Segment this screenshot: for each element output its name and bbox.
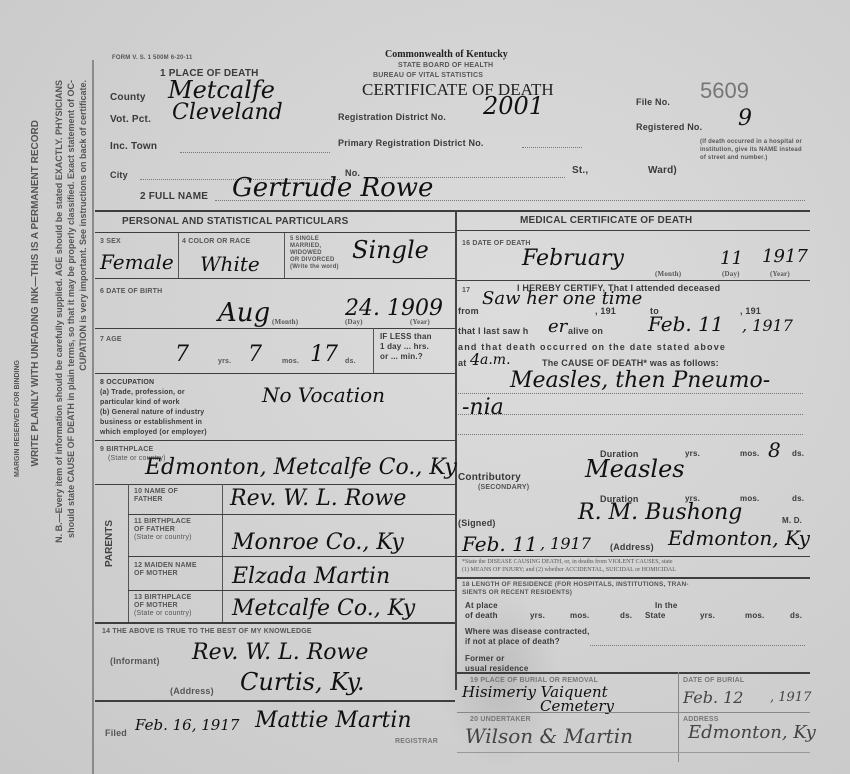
- occupation-b-label: (b) General nature of industry: [100, 408, 207, 418]
- state-ds: ds.: [790, 611, 802, 620]
- write-plainly-text: WRITE PLAINLY WITH UNFADING INK—THIS IS …: [30, 120, 41, 467]
- rule: [128, 556, 455, 557]
- age-mos-caption: mos.: [282, 358, 299, 365]
- center-divider: [455, 210, 457, 690]
- dob-day-caption: (Day): [345, 318, 363, 326]
- dob-label: 6 DATE OF BIRTH: [100, 288, 162, 295]
- last-saw-her: er: [548, 316, 567, 337]
- burial-date-year: , 1917: [770, 690, 811, 705]
- date-of-death-day: 11: [720, 248, 743, 269]
- father-name-label: 10 NAME OF FATHER: [134, 488, 178, 504]
- footnote-line: (1) MEANS OF INJURY; and (2) whether ACC…: [462, 566, 676, 574]
- mother-birthplace-label-line: 13 BIRTHPLACE: [134, 594, 192, 602]
- state-yrs: yrs.: [700, 611, 715, 620]
- dod-year-caption: (Year): [770, 270, 790, 278]
- city-label: City: [110, 170, 128, 180]
- rule: [128, 514, 455, 515]
- death-certificate: MARGIN RESERVED FOR BINDING WRITE PLAINL…: [0, 0, 850, 774]
- less-than-one-day: IF LESS than 1 day ... hrs. or ... min.?: [380, 332, 432, 362]
- race-value: White: [200, 252, 260, 276]
- rule: [284, 233, 285, 278]
- date-of-death-label: 16 DATE OF DEATH: [462, 240, 531, 247]
- race-label: 4 COLOR OR RACE: [182, 238, 250, 245]
- inc-town-label: Inc. Town: [110, 141, 157, 152]
- occupation-label: 8 OCCUPATION: [100, 378, 207, 388]
- father-name-label-line: FATHER: [134, 496, 178, 504]
- rule: [95, 700, 455, 702]
- date-of-death-year: 1917: [762, 246, 808, 267]
- undertaker-value: Wilson & Martin: [465, 724, 633, 748]
- registrar-caption: REGISTRAR: [395, 738, 438, 745]
- in-the-line: In the: [645, 601, 678, 611]
- signed-label: (Signed): [458, 518, 496, 528]
- contributory-value: Measles: [585, 455, 685, 483]
- dod-day-caption: (Day): [722, 270, 740, 278]
- undertaker-label: 20 UNDERTAKER: [470, 716, 531, 723]
- rule: [95, 328, 455, 329]
- mother-name-label-line: 12 MAIDEN NAME: [134, 562, 197, 570]
- father-birthplace-label-line: 11 BIRTHPLACE: [134, 518, 192, 526]
- residence-label-line: 18 LENGTH OF RESIDENCE (FOR HOSPITALS, I…: [462, 581, 689, 589]
- registration-district-value: 2001: [483, 92, 544, 120]
- rule: [457, 672, 810, 674]
- less-than-line: 1 day ... hrs.: [380, 342, 432, 352]
- registered-no-value: 9: [738, 106, 752, 131]
- signed-year: , 1917: [540, 534, 591, 553]
- medical-heading: MEDICAL CERTIFICATE OF DEATH: [520, 215, 692, 226]
- form-number: FORM V. S. 1 500M 6-20-11: [112, 55, 192, 61]
- duration-mos: mos.: [740, 449, 759, 458]
- alive-on-label: alive on: [568, 326, 603, 336]
- footnote: *State the DISEASE CAUSING DEATH, or, in…: [462, 558, 676, 574]
- filed-value: Feb. 16, 1917: [135, 716, 239, 734]
- less-than-line: IF LESS than: [380, 332, 432, 342]
- informant-address-label: (Address): [170, 686, 214, 696]
- mother-birthplace-label: 13 BIRTHPLACE OF MOTHER (State or countr…: [134, 594, 192, 618]
- birthplace-value: Edmonton, Metcalfe Co., Ky: [145, 455, 457, 480]
- rule: [95, 484, 455, 485]
- rule: [458, 414, 803, 415]
- dod-month-caption: (Month): [655, 270, 681, 278]
- mother-birthplace-caption: (State or country): [134, 610, 192, 618]
- time-suffix: a.m.: [480, 352, 511, 368]
- from-year: , 191: [595, 306, 616, 316]
- bureau-vital-statistics: BUREAU OF VITAL STATISTICS: [373, 72, 483, 79]
- dob-month-caption: (Month): [272, 318, 298, 326]
- father-birthplace-label-line: OF FATHER: [134, 526, 192, 534]
- board-of-health: STATE BOARD OF HEALTH: [398, 62, 493, 69]
- residence-label: 18 LENGTH OF RESIDENCE (FOR HOSPITALS, I…: [462, 581, 689, 597]
- section-divider: [95, 210, 810, 212]
- occupation-a-label: (a) Trade, profession, or: [100, 388, 207, 398]
- mother-name-label: 12 MAIDEN NAME OF MOTHER: [134, 562, 197, 578]
- registered-no-label: Registered No.: [636, 122, 702, 132]
- duration-yrs: yrs.: [685, 449, 700, 458]
- birthplace-label: 9 BIRTHPLACE: [100, 446, 153, 453]
- age-days: 17: [310, 342, 338, 367]
- full-name-line: [215, 200, 805, 201]
- physician-signature: R. M. Bushong: [578, 500, 742, 525]
- physician-address-value: Edmonton, Ky: [668, 526, 810, 550]
- age-years: 7: [175, 342, 189, 367]
- age-ds-caption: ds.: [345, 358, 356, 365]
- rule: [457, 577, 810, 579]
- rule: [458, 434, 803, 435]
- rule: [128, 590, 455, 591]
- vot-pct-label: Vot. Pct.: [110, 114, 151, 125]
- informant-value: Rev. W. L. Rowe: [192, 640, 368, 665]
- full-name-label: 2 FULL NAME: [140, 191, 208, 202]
- dob-month: Aug: [218, 298, 270, 328]
- rule: [678, 672, 679, 762]
- county-label: County: [110, 92, 146, 103]
- in-the-line: State: [645, 611, 678, 621]
- rule: [178, 233, 179, 278]
- last-saw-year: , 1917: [742, 316, 793, 335]
- place-mos: mos.: [570, 611, 589, 620]
- duration-2-ds: ds.: [792, 494, 804, 503]
- commonwealth-title: Commonwealth of Kentucky: [385, 49, 508, 60]
- vot-pct-value: Cleveland: [172, 100, 283, 125]
- mother-name-value: Elzada Martin: [232, 564, 390, 589]
- margin-note-line-1: N. B.—Every item of information should b…: [54, 80, 64, 543]
- hospital-note: (If death occurred in a hospital or inst…: [700, 138, 805, 162]
- disease-contracted-label: Where was disease contracted, if not at …: [465, 627, 590, 647]
- rule: [222, 484, 223, 622]
- sex-label: 3 SEX: [100, 238, 121, 245]
- time-of-death: 4: [470, 350, 480, 369]
- occupation-a-label: particular kind of work: [100, 398, 207, 408]
- less-than-line: or ... min.?: [380, 352, 432, 362]
- age-months: 7: [248, 342, 262, 367]
- informant-address-value: Curtis, Ky.: [240, 668, 365, 696]
- mother-birthplace-value: Metcalfe Co., Ky: [232, 596, 415, 621]
- parents-label: PARENTS: [104, 520, 115, 567]
- footnote-line: *State the DISEASE CAUSING DEATH, or, in…: [462, 558, 676, 566]
- at-place-line: At place: [465, 601, 498, 611]
- former-residence-label: Former or usual residence: [465, 654, 528, 674]
- rule: [457, 280, 810, 281]
- inc-town-line: [180, 152, 330, 153]
- item-17-number: 17: [462, 287, 470, 294]
- mother-birthplace-label-line: OF MOTHER: [134, 602, 192, 610]
- marital-label-line: OR DIVORCED: [290, 257, 339, 264]
- marital-value: Single: [352, 236, 429, 264]
- rule: [457, 230, 810, 231]
- father-birthplace-label: 11 BIRTHPLACE OF FATHER (State or countr…: [134, 518, 192, 542]
- signed-date: Feb. 11: [462, 532, 538, 556]
- file-no-value: 5609: [700, 78, 749, 104]
- rule: [95, 440, 455, 441]
- rule: [458, 393, 803, 394]
- occupation-b-label: which employed (or employer): [100, 428, 207, 438]
- former-line: Former or: [465, 654, 528, 664]
- cause-of-death-line-2: -nia: [462, 395, 504, 420]
- registration-district-label: Registration District No.: [338, 112, 446, 122]
- in-the-state-label: In the State: [645, 601, 678, 621]
- marital-label-line: WIDOWED: [290, 250, 339, 257]
- cause-of-death-label: The CAUSE OF DEATH* was as follows:: [542, 358, 719, 368]
- last-saw-label: that I last saw h: [458, 326, 528, 336]
- rule: [590, 645, 805, 646]
- date-of-death-month: February: [522, 246, 624, 271]
- marital-label: 5 SINGLE MARRIED, WIDOWED OR DIVORCED (W…: [290, 236, 339, 271]
- death-occurred-text: and that death occurred on the date stat…: [458, 342, 726, 352]
- last-saw-date: Feb. 11: [648, 312, 724, 336]
- physician-address-label: (Address): [610, 542, 654, 552]
- informant-label: (Informant): [110, 656, 160, 666]
- true-statement: 14 THE ABOVE IS TRUE TO THE BEST OF MY K…: [102, 628, 312, 635]
- mother-name-label-line: OF MOTHER: [134, 570, 197, 578]
- file-no-label: File No.: [636, 97, 670, 107]
- marital-label-line: 5 SINGLE: [290, 236, 339, 243]
- rule: [457, 556, 810, 557]
- md-label: M. D.: [782, 516, 802, 525]
- burial-date-label: DATE OF BURIAL: [683, 677, 744, 684]
- marital-label-line: (Write the word): [290, 264, 339, 271]
- attended-from-label: from: [458, 306, 479, 316]
- attended-from-value: Saw her one time: [482, 288, 642, 309]
- binding-margin: MARGIN RESERVED FOR BINDING WRITE PLAINL…: [0, 30, 92, 774]
- duration-2-mos: mos.: [740, 494, 759, 503]
- contributory-caption: (SECONDARY): [478, 484, 529, 491]
- personal-heading: PERSONAL AND STATISTICAL PARTICULARS: [122, 216, 348, 227]
- marital-label-line: MARRIED,: [290, 243, 339, 250]
- father-birthplace-value: Monroe Co., Ky: [232, 530, 404, 555]
- contracted-line: Where was disease contracted,: [465, 627, 590, 637]
- cause-of-death-line-1: Measles, then Pneumo-: [510, 368, 770, 393]
- margin-note-line-2: should state CAUSE OF DEATH in plain ter…: [66, 80, 76, 538]
- age-label: 7 AGE: [100, 336, 122, 343]
- registrar-value: Mattie Martin: [255, 708, 412, 733]
- father-name-label-line: 10 NAME OF: [134, 488, 178, 496]
- rule: [95, 232, 455, 233]
- dob-year-caption: (Year): [410, 318, 430, 326]
- occupation-labels: 8 OCCUPATION (a) Trade, profession, or p…: [100, 378, 207, 438]
- age-yrs-caption: yrs.: [218, 358, 231, 365]
- occupation-b-label: business or establishment in: [100, 418, 207, 428]
- margin-note-line-3: CUPATION is very important. See instruct…: [78, 80, 88, 371]
- filed-label: Filed: [105, 728, 127, 738]
- full-name-value: Gertrude Rowe: [232, 173, 433, 203]
- rule: [128, 484, 129, 622]
- rule: [373, 328, 374, 373]
- duration-ds: ds.: [792, 449, 804, 458]
- place-ds: ds.: [620, 611, 632, 620]
- at-place-of-death-label: At place of death: [465, 601, 498, 621]
- state-mos: mos.: [745, 611, 764, 620]
- rule: [457, 712, 810, 713]
- contributory-label: Contributory: [458, 472, 521, 483]
- margin-divider: [92, 60, 94, 774]
- to-year: , 191: [740, 306, 761, 316]
- duration-days-value: 8: [768, 438, 781, 462]
- primary-registration-line: [522, 147, 582, 148]
- undertaker-address-value: Edmonton, Ky: [688, 722, 816, 743]
- rule: [95, 622, 455, 624]
- burial-date-value: Feb. 12: [683, 688, 743, 707]
- primary-registration-label: Primary Registration District No.: [338, 138, 484, 148]
- father-name-value: Rev. W. L. Rowe: [230, 486, 406, 511]
- ward-label: Ward): [648, 165, 677, 176]
- occupation-value: No Vocation: [262, 383, 385, 407]
- rule: [457, 752, 810, 753]
- margin-reserved-text: MARGIN RESERVED FOR BINDING: [14, 360, 21, 477]
- place-yrs: yrs.: [530, 611, 545, 620]
- rule: [95, 278, 455, 279]
- st-label: St.,: [572, 165, 588, 176]
- father-birthplace-caption: (State or country): [134, 534, 192, 542]
- rule: [95, 373, 455, 374]
- contracted-line: if not at place of death?: [465, 637, 590, 647]
- at-label: at: [458, 358, 466, 368]
- residence-label-line: SIENTS OR RECENT RESIDENTS): [462, 589, 689, 597]
- at-place-line: of death: [465, 611, 498, 621]
- sex-value: Female: [100, 250, 174, 274]
